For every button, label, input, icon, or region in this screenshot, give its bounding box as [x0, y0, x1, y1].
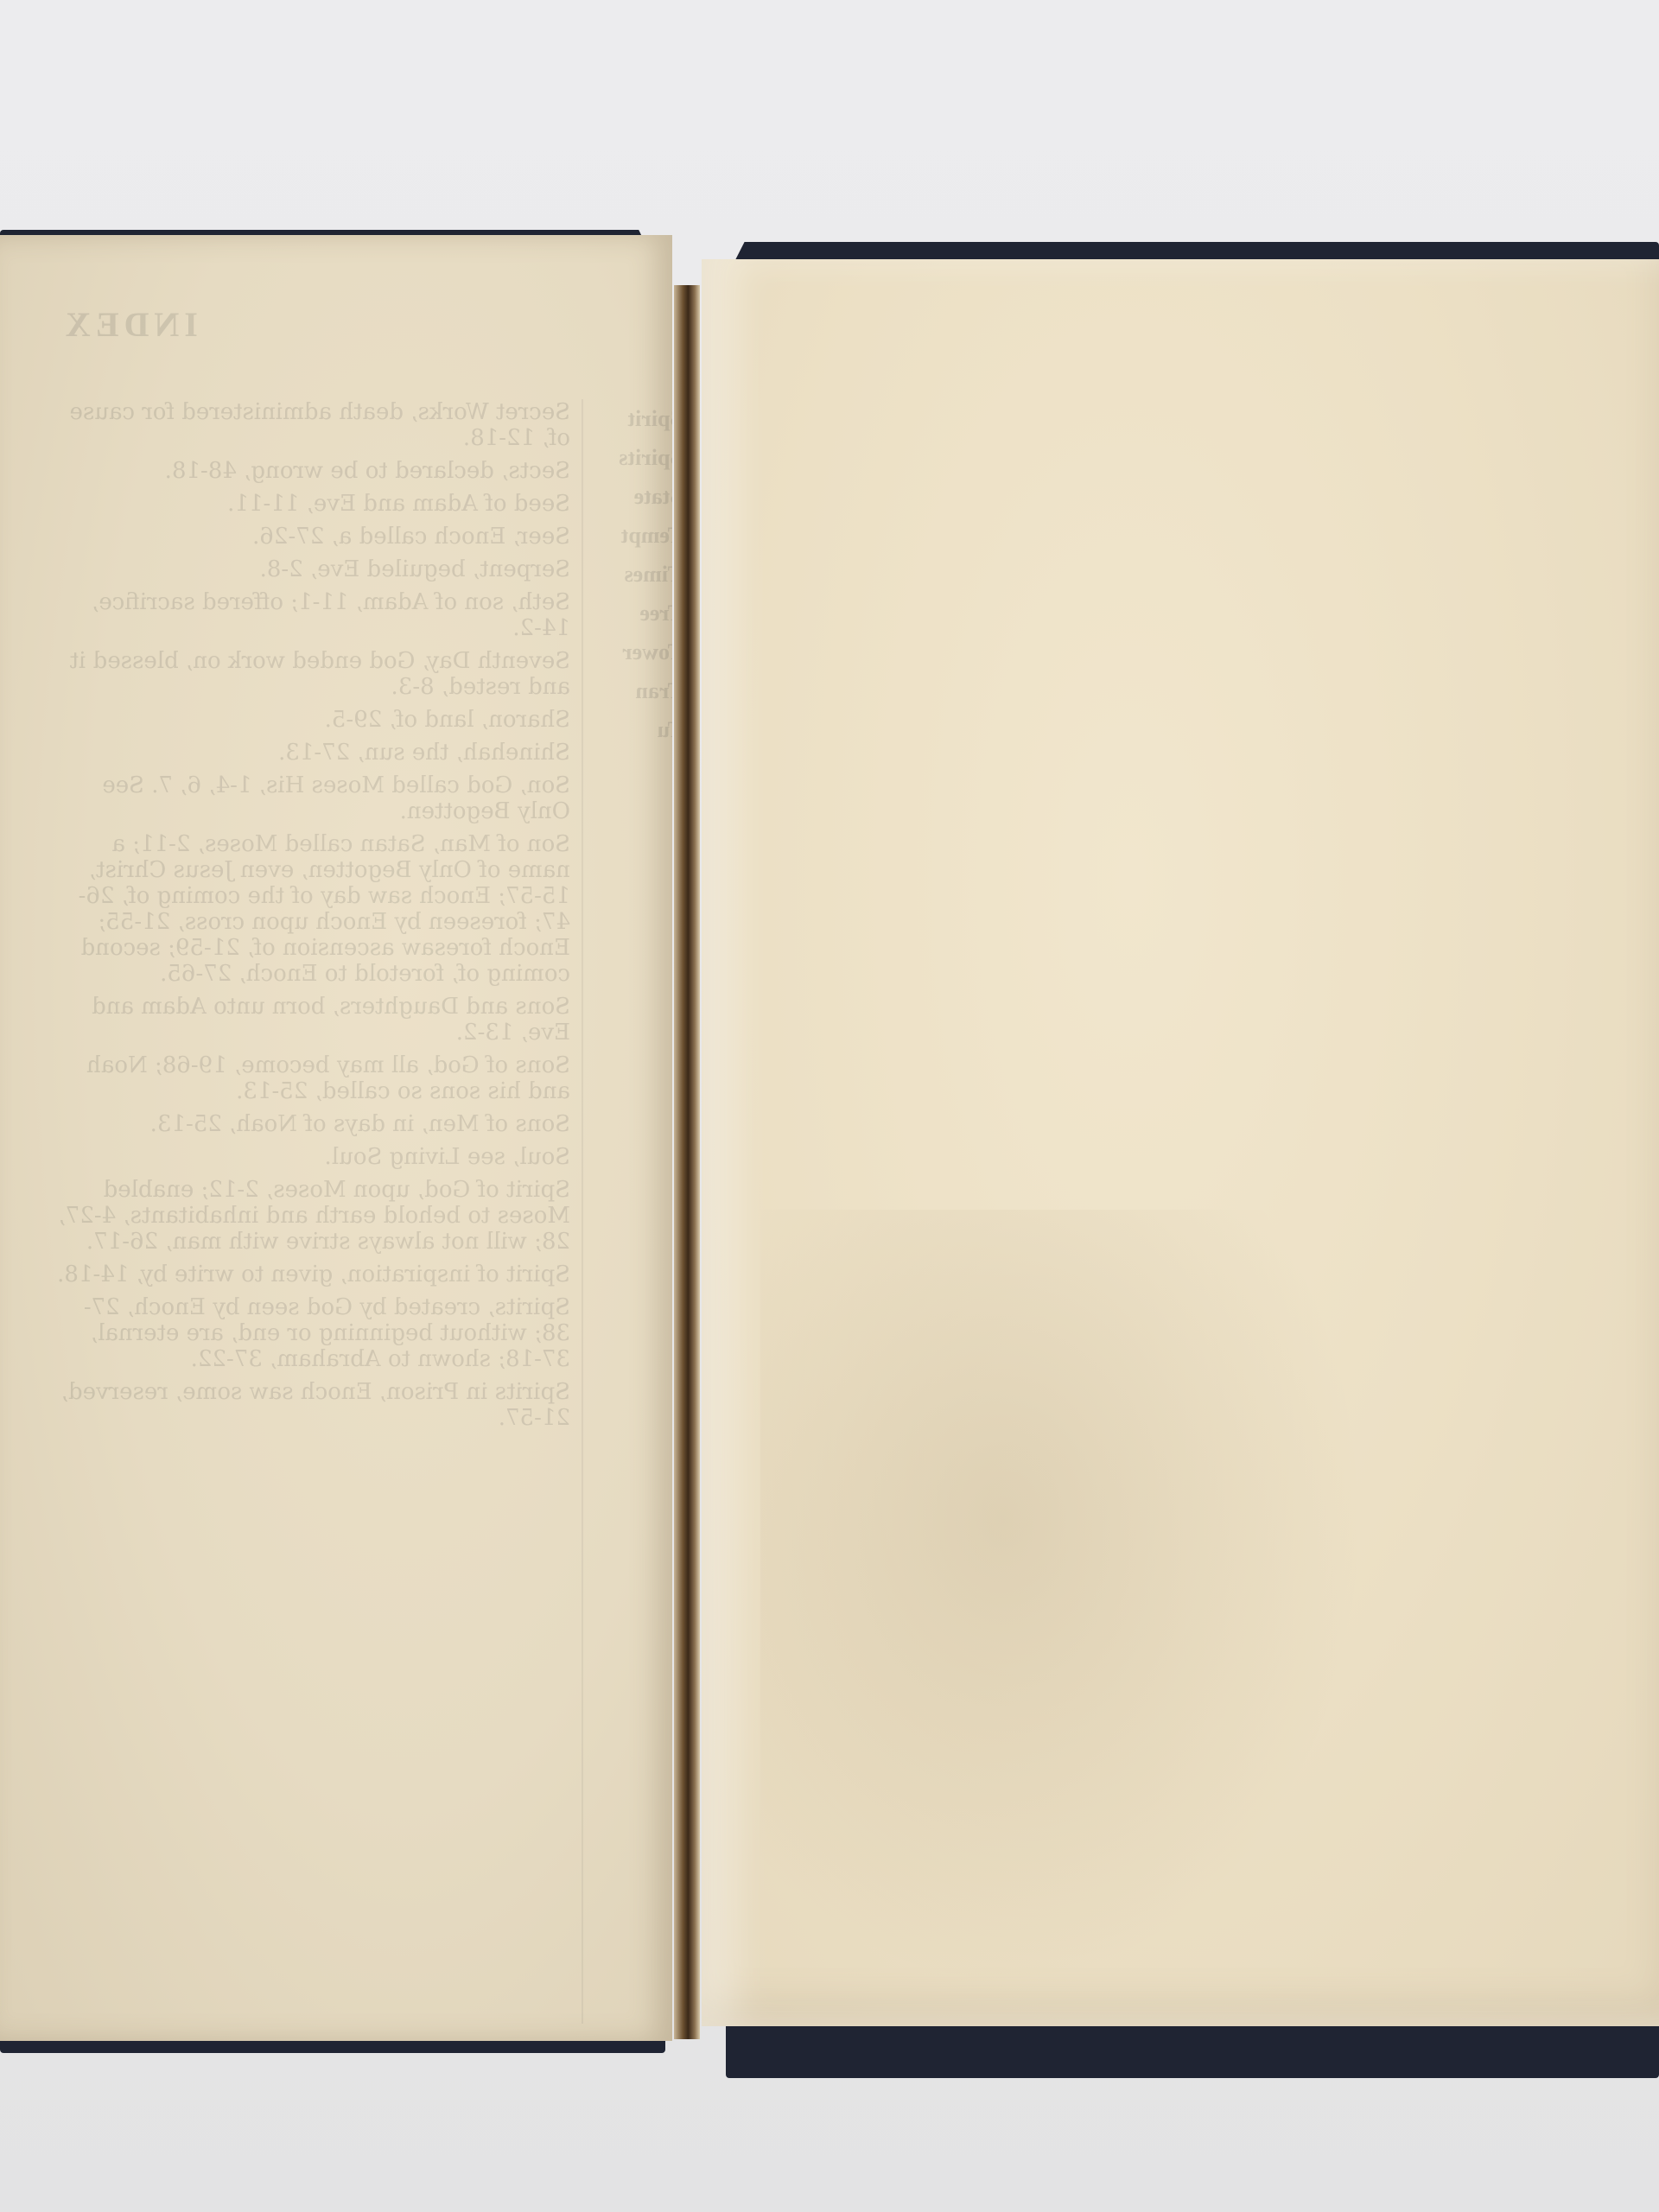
index-entry: Son of Man, Satan called Moses, 2-11; a … — [52, 831, 570, 987]
index-entry: Seth, son of Adam, 11-1; offered sacrifi… — [52, 589, 570, 641]
index-entry: Seed of Adam and Eve, 11-11. — [52, 491, 570, 517]
side-fragment: Times — [596, 555, 672, 594]
left-page: INDEX Spirit Spirits State Tempt Times T… — [0, 235, 672, 2041]
side-fragment: Tempt — [596, 516, 672, 555]
index-entry: Serpent, beguiled Eve, 2-8. — [52, 556, 570, 582]
index-entry: Sons of God, all may become, 19-68; Noah… — [52, 1052, 570, 1104]
index-entry: Soul, see Living Soul. — [52, 1144, 570, 1170]
side-fragment: Spirits — [596, 438, 672, 477]
index-entry: Seventh Day, God ended work on, blessed … — [52, 648, 570, 700]
index-entry: Spirit of inspiration, given to write by… — [52, 1262, 570, 1287]
side-fragment: Tran — [596, 671, 672, 710]
show-through-text: INDEX Spirit Spirits State Tempt Times T… — [26, 304, 648, 1963]
index-entry: Sons and Daughters, born unto Adam and E… — [52, 994, 570, 1046]
index-entry: Secret Works, death administered for cau… — [52, 399, 570, 451]
book-gutter — [674, 285, 700, 2039]
index-entry: Sects, declared to be wrong, 48-18. — [52, 458, 570, 484]
index-entry: Spirits, created by God seen by Enoch, 2… — [52, 1294, 570, 1372]
column-divider — [582, 399, 583, 2024]
side-fragment: Tu — [596, 710, 672, 749]
side-fragment: Tree — [596, 594, 672, 632]
index-entry: Shinehah, the sun, 27-13. — [52, 740, 570, 766]
index-entry: Spirit of God, upon Moses, 2-12; enabled… — [52, 1177, 570, 1255]
index-entry: Sharon, land of, 29-5. — [52, 707, 570, 733]
index-entry: Spirits in Prison, Enoch saw some, reser… — [52, 1379, 570, 1431]
side-fragment: Tower — [596, 632, 672, 671]
show-through-heading: INDEX — [60, 304, 198, 345]
index-entry: Sons of Men, in days of Noah, 25-13. — [52, 1111, 570, 1137]
index-column: Secret Works, death administered for cau… — [52, 399, 570, 1438]
index-entry: Seer, Enoch called a, 27-26. — [52, 524, 570, 550]
side-fragment: Spirit — [596, 399, 672, 438]
side-column: Spirit Spirits State Tempt Times Tree To… — [596, 399, 672, 749]
index-entry: Son, God called Moses His, 1-4, 6, 7. Se… — [52, 772, 570, 824]
right-page — [702, 259, 1659, 2026]
side-fragment: State — [596, 477, 672, 516]
